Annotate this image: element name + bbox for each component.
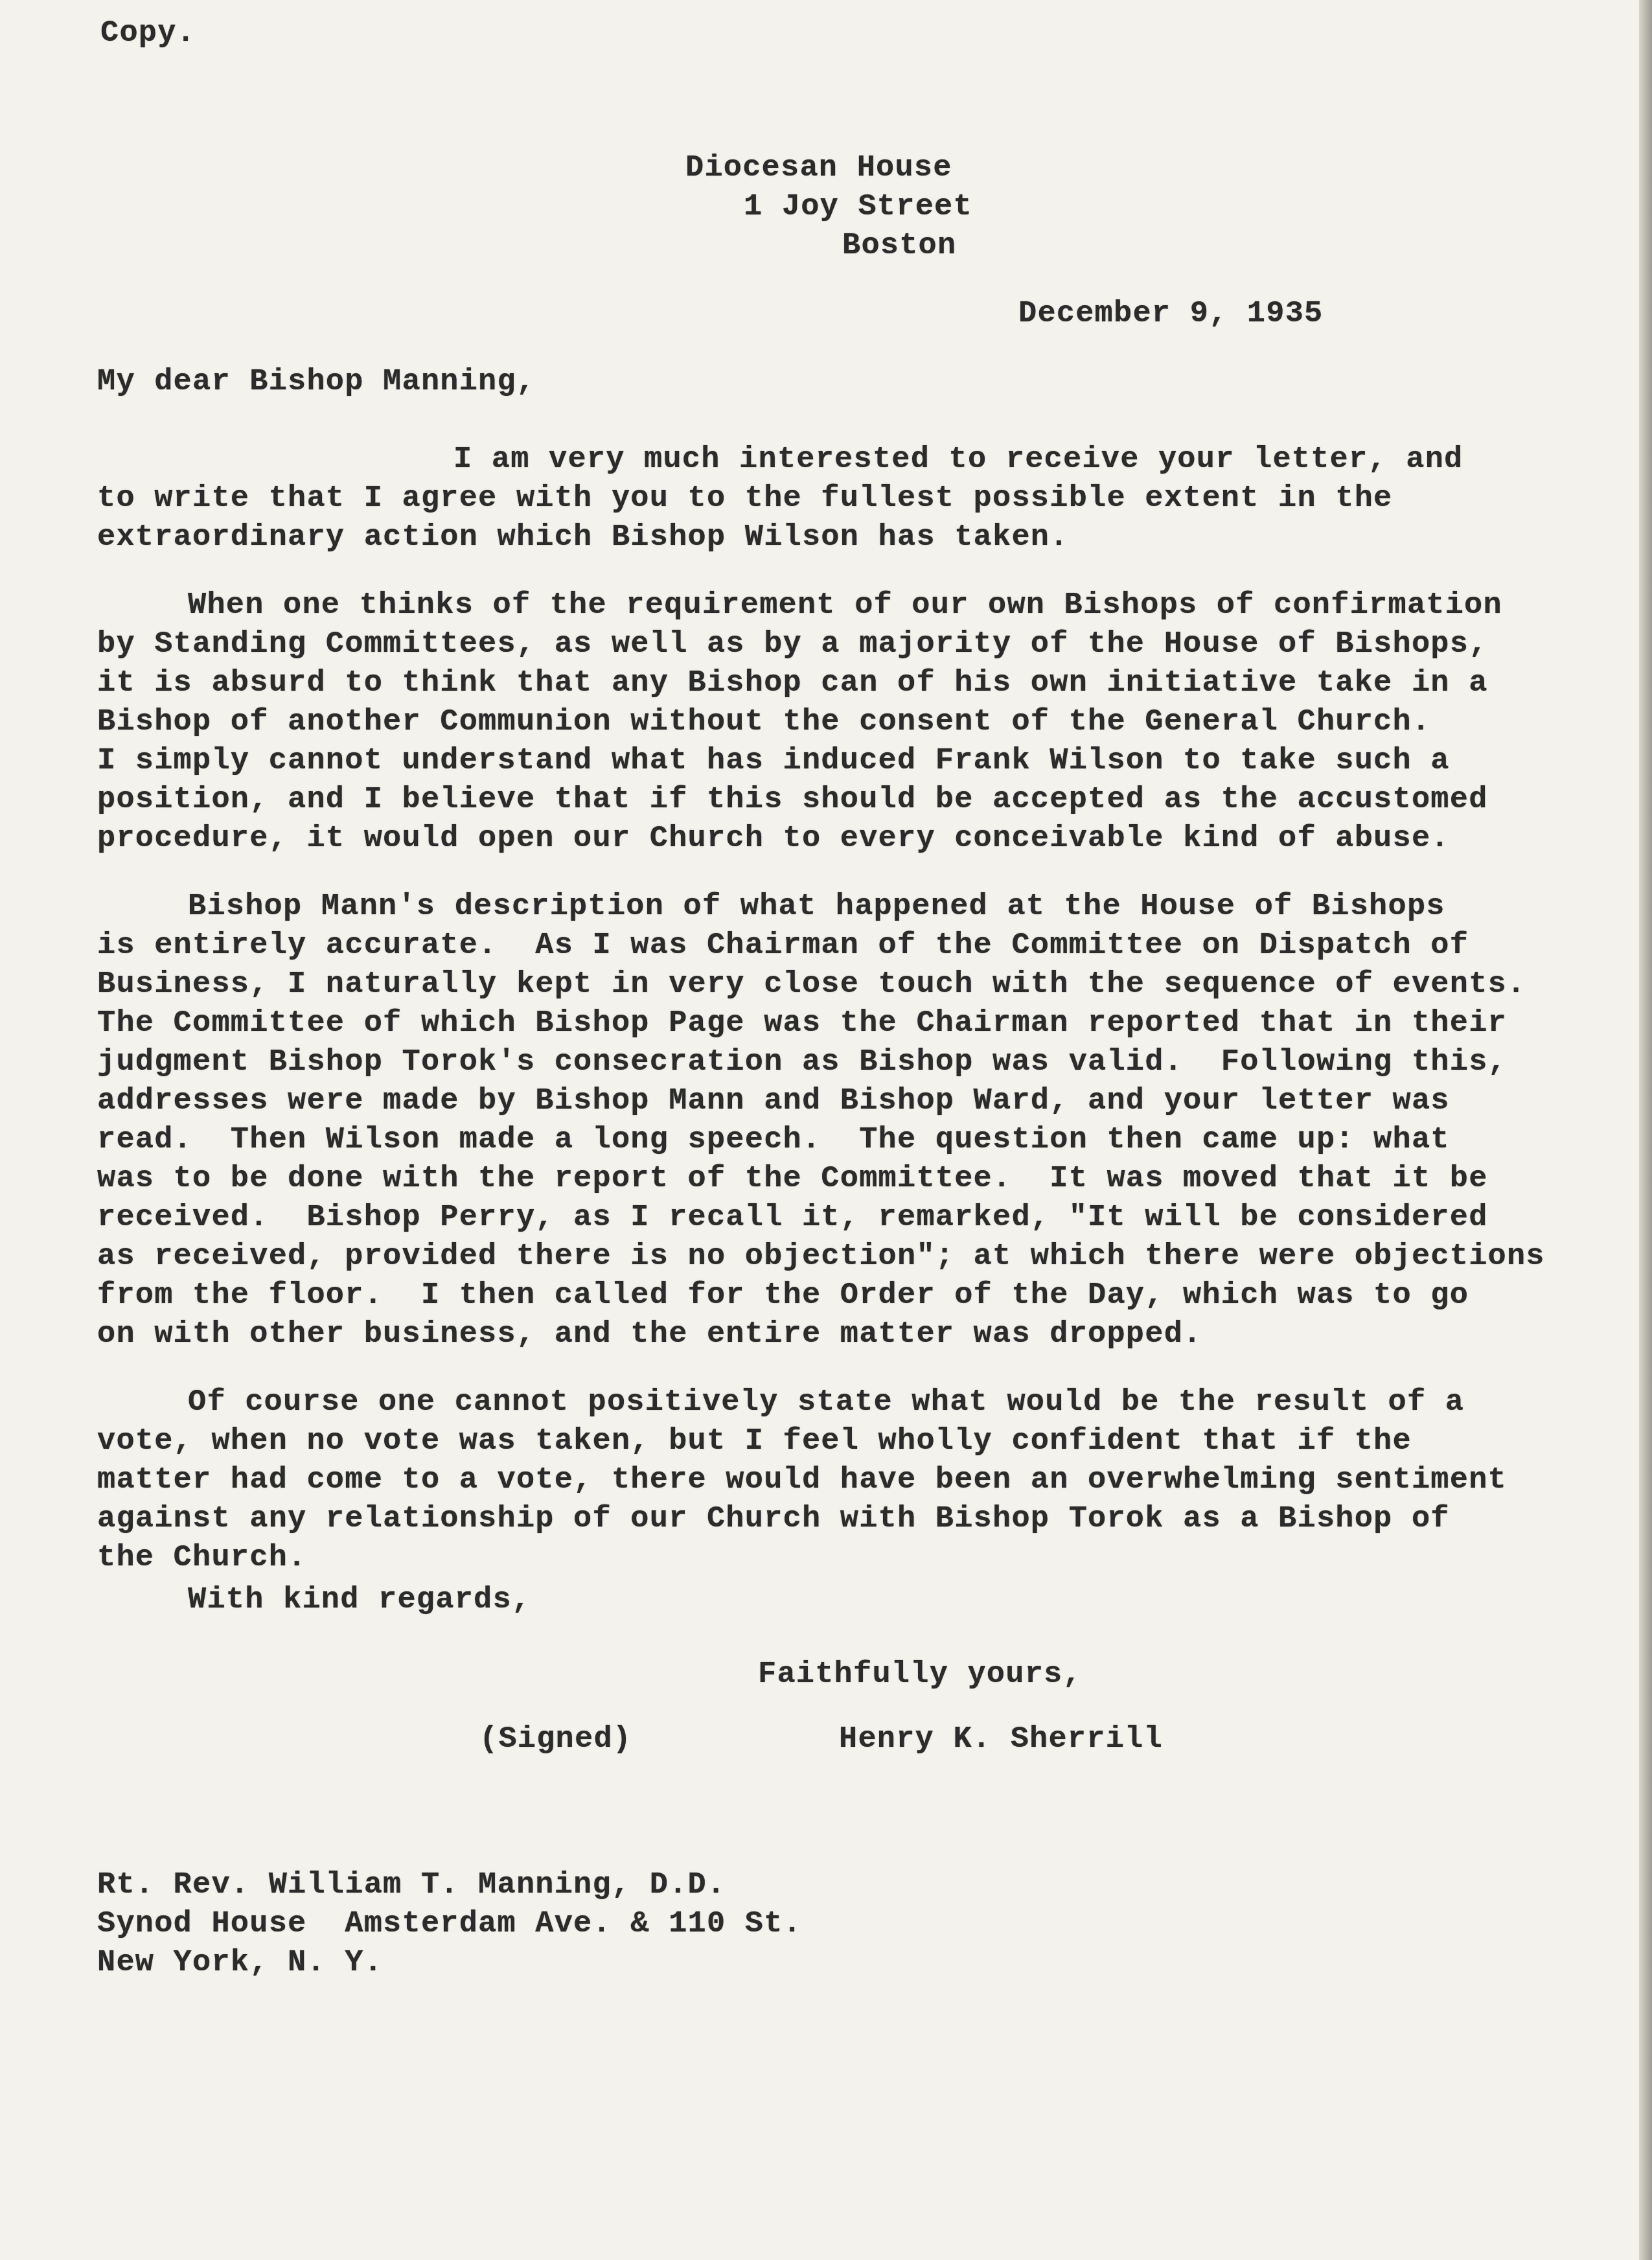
valediction: Faithfully yours, [758,1655,1082,1694]
paragraph-line: from the floor. I then called for the Or… [97,1276,1469,1315]
letter-date: December 9, 1935 [1018,295,1323,334]
paragraph-line: to write that I agree with you to the fu… [97,479,1393,518]
paragraph-line: was to be done with the report of the Co… [97,1160,1488,1199]
sender-address-line-3: Boston [842,227,956,266]
paragraph-line: extraordinary action which Bishop Wilson… [97,518,1069,557]
closing-line: With kind regards, [188,1581,531,1620]
copy-label: Copy. [100,14,196,53]
paragraph-line: received. Bishop Perry, as I recall it, … [97,1199,1488,1238]
paragraph-line: read. Then Wilson made a long speech. Th… [97,1121,1450,1160]
recipient-address-line-3: New York, N. Y. [97,1944,383,1983]
paragraph-line: Bishop Mann's description of what happen… [188,888,1445,927]
sender-address-line-2: 1 Joy Street [744,188,972,227]
recipient-address-line-1: Rt. Rev. William T. Manning, D.D. [97,1866,726,1905]
paragraph-line: as received, provided there is no object… [97,1238,1545,1276]
paragraph-line: procedure, it would open our Church to e… [97,820,1450,859]
paragraph-line: When one thinks of the requirement of ou… [188,586,1502,625]
paragraph-line: by Standing Committees, as well as by a … [97,625,1488,664]
paragraph-line: position, and I believe that if this sho… [97,781,1488,820]
paragraph-line: addresses were made by Bishop Mann and B… [97,1082,1450,1121]
paragraph-line: on with other business, and the entire m… [97,1315,1202,1354]
paragraph-line: The Committee of which Bishop Page was t… [97,1004,1507,1043]
paragraph-line: Bishop of another Communion without the … [97,703,1430,742]
salutation: My dear Bishop Manning, [97,363,535,402]
paragraph-line: judgment Bishop Torok's consecration as … [97,1043,1507,1082]
scan-edge-shadow [1639,0,1652,2260]
paragraph-line: I simply cannot understand what has indu… [97,742,1450,781]
paragraph-line: vote, when no vote was taken, but I feel… [97,1422,1412,1461]
paragraph-line: I am very much interested to receive you… [453,441,1463,479]
paragraph-line: Business, I naturally kept in very close… [97,965,1526,1004]
signed-marker: (Signed) [479,1720,632,1759]
paragraph-line: Of course one cannot positively state wh… [188,1383,1464,1422]
paragraph-line: against any relationship of our Church w… [97,1500,1450,1539]
paragraph-line: matter had come to a vote, there would h… [97,1461,1507,1500]
paragraph-line: it is absurd to think that any Bishop ca… [97,664,1488,703]
recipient-address-line-2: Synod House Amsterdam Ave. & 110 St. [97,1905,802,1944]
paragraph-line: the Church. [97,1539,306,1578]
letter-page: Copy. Diocesan House 1 Joy Street Boston… [0,0,1639,2260]
signer-name: Henry K. Sherrill [839,1720,1163,1759]
sender-address-line-1: Diocesan House [685,149,952,188]
paragraph-line: is entirely accurate. As I was Chairman … [97,927,1469,965]
